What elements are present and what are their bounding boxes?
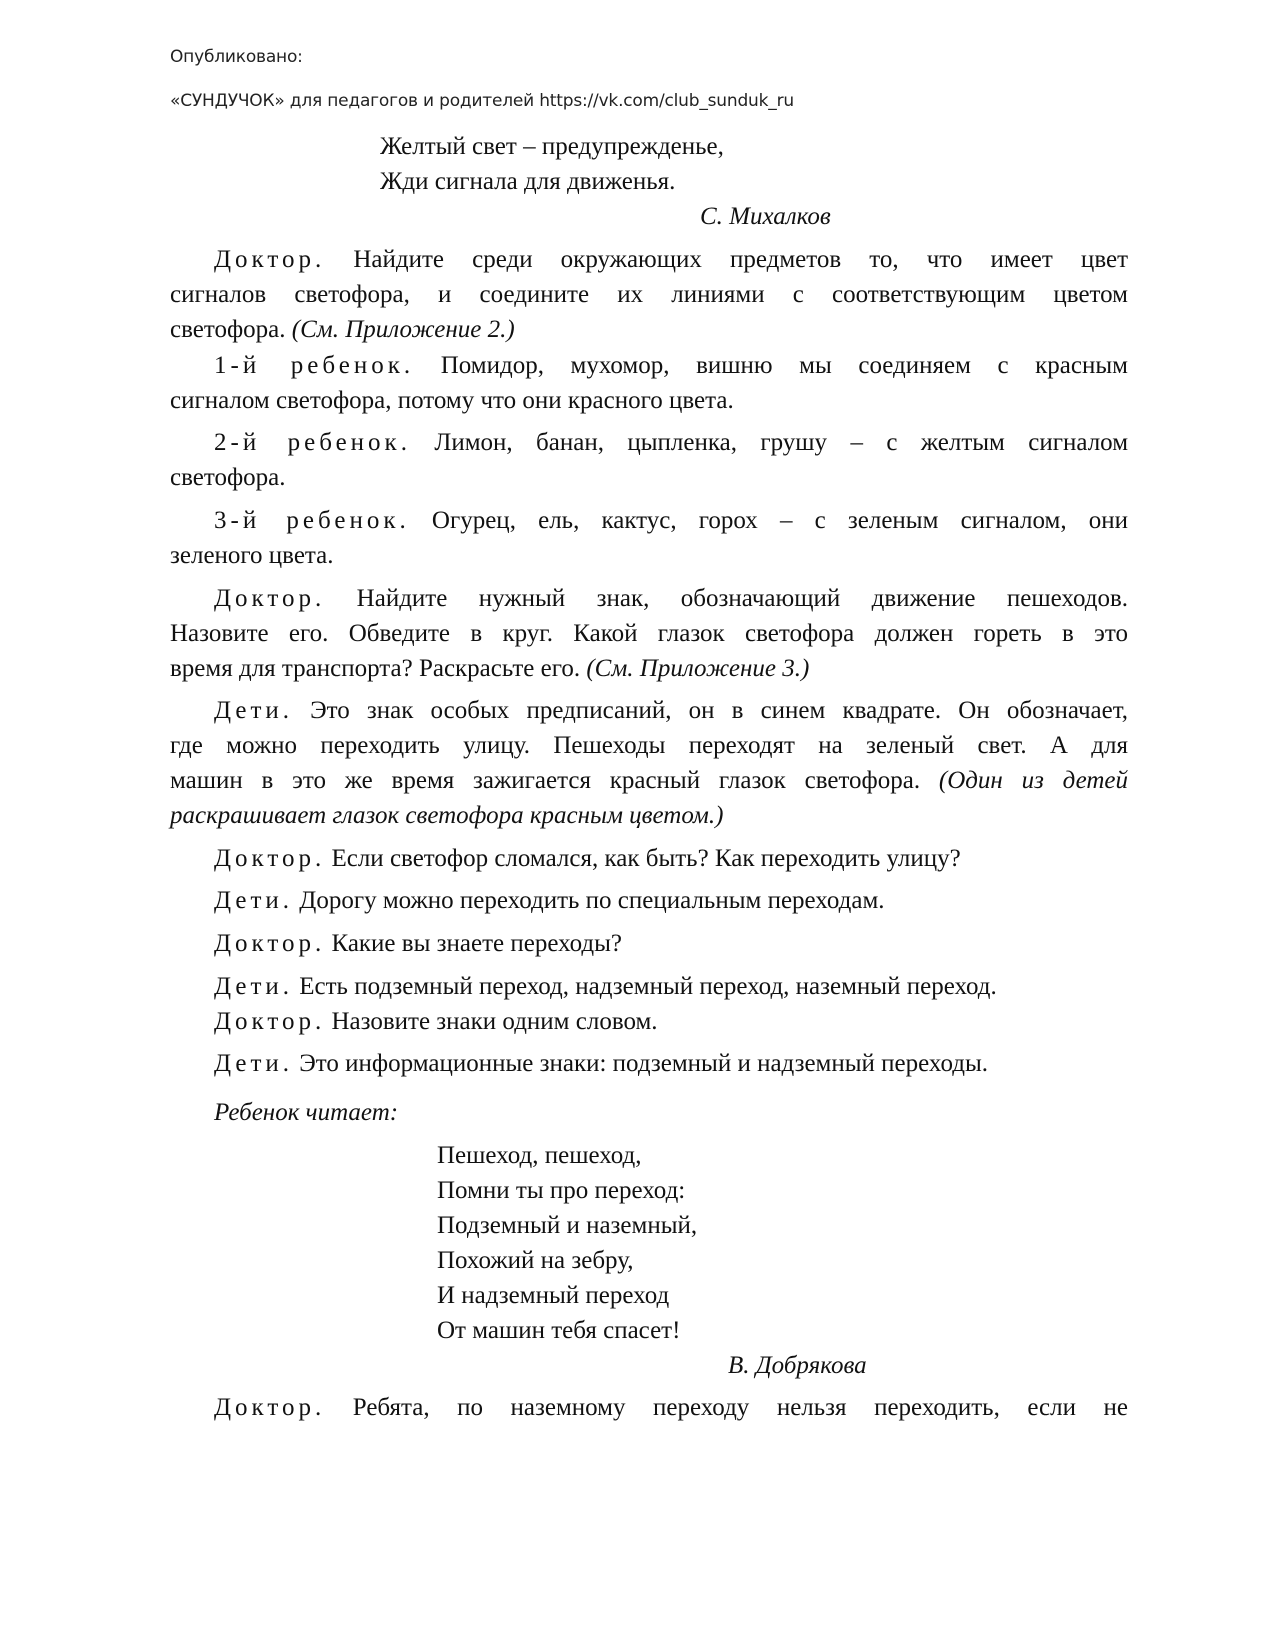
paragraph-line: 1-й ребенок. Помидор, мухомор, вишню мы … (170, 352, 1128, 380)
speaker: Доктор. (214, 845, 325, 872)
published-label: Опубликовано: (170, 47, 303, 67)
paragraph-line: Доктор. Назовите знаки одним словом. (214, 1008, 658, 1036)
poem-line: От машин тебя спасет! (437, 1317, 680, 1345)
poem-line: И надземный переход (437, 1282, 669, 1310)
speaker: Дети. (214, 697, 293, 724)
paragraph-line: светофора. (См. Приложение 2.) (170, 316, 515, 344)
paragraph-line: Доктор. Если светофор сломался, как быть… (214, 845, 961, 873)
paragraph-line: Доктор. Ребята, по наземному переходу не… (170, 1394, 1128, 1422)
poem-line: Похожий на зебру, (437, 1247, 633, 1275)
poem-line: Пешеход, пешеход, (437, 1142, 642, 1170)
paragraph-line: Доктор. Какие вы знаете переходы? (214, 930, 622, 958)
paragraph-line: машин в это же время зажигается красный … (170, 767, 1128, 795)
paragraph-line: Дети. Это информационные знаки: подземны… (214, 1050, 988, 1078)
speaker: Доктор. (214, 585, 325, 612)
speaker: Дети. (214, 887, 293, 914)
speaker: Доктор. (214, 246, 325, 273)
paragraph-line: Доктор. Найдите среди окружающих предмет… (170, 246, 1128, 274)
paragraph-line: где можно переходить улицу. Пешеходы пер… (170, 732, 1128, 760)
speaker: 3-й ребенок. (214, 507, 410, 534)
source-line: «СУНДУЧОК» для педагогов и родителей htt… (170, 91, 794, 111)
poem-line: Помни ты про переход: (437, 1177, 685, 1205)
speaker: 1-й ребенок. (214, 352, 414, 379)
paragraph-line: 2-й ребенок. Лимон, банан, цыпленка, гру… (170, 429, 1128, 457)
paragraph-line: Дети. Дорогу можно переходить по специал… (214, 887, 885, 915)
paragraph-line: Дети. Есть подземный переход, надземный … (214, 973, 997, 1001)
reading-note: Ребенок читает: (214, 1099, 398, 1127)
speaker: Доктор. (214, 1394, 325, 1421)
paragraph-line: 3-й ребенок. Огурец, ель, кактус, горох … (170, 507, 1128, 535)
speaker: 2-й ребенок. (214, 429, 411, 456)
speaker: Дети. (214, 1050, 293, 1077)
poem-line: Жди сигнала для движенья. (380, 168, 675, 196)
poem-author: С. Михалков (700, 203, 831, 231)
paragraph-line: Дети. Это знак особых предписаний, он в … (170, 697, 1128, 725)
speaker: Доктор. (214, 1008, 325, 1035)
paragraph-line: сигналом светофора, потому что они красн… (170, 387, 734, 415)
paragraph-line: сигналов светофора, и соедините их линия… (170, 281, 1128, 309)
paragraph-line: время для транспорта? Раскрасьте его. (С… (170, 655, 809, 683)
paragraph-line: светофора. (170, 464, 286, 492)
poem-line: Подземный и наземный, (437, 1212, 697, 1240)
stage-direction: раскрашивает глазок светофора красным цв… (170, 802, 723, 830)
appendix-note: (См. Приложение 2.) (292, 316, 515, 343)
poem-author: В. Добрякова (728, 1352, 867, 1380)
paragraph-line: Доктор. Найдите нужный знак, обозначающи… (170, 585, 1128, 613)
poem-line: Желтый свет – предупрежденье, (380, 133, 724, 161)
speaker: Дети. (214, 973, 293, 1000)
paragraph-line: зеленого цвета. (170, 542, 334, 570)
appendix-note: (См. Приложение 3.) (586, 655, 809, 682)
speaker: Доктор. (214, 930, 325, 957)
paragraph-line: Назовите его. Обведите в круг. Какой гла… (170, 620, 1128, 648)
